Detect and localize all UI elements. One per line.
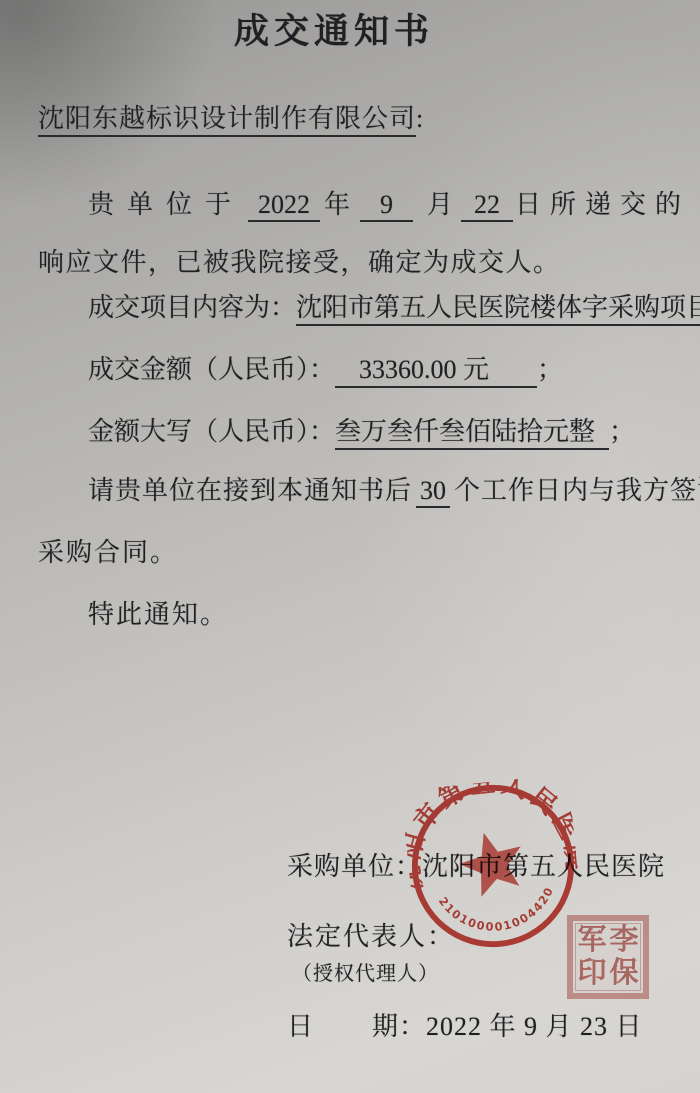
date-char: 日 [287,1012,314,1041]
amount-words-line: 金额大写（人民币）：叁万叁仟叁佰陆拾元整； [88,416,635,450]
amount-words-tail: ； [609,417,635,446]
seal-inner-frame: 军 李 印 保 [575,923,641,991]
amount-words-label: 金额大写（人民币）： [88,417,335,446]
notice-suffix: 个工作日内与我方签订 [454,476,700,505]
notice-days: 30 [416,476,450,508]
seal-char: 印 [576,957,608,990]
contract-notice-line: 请贵单位在接到本通知书后30个工作日内与我方签订 [88,475,700,508]
project-label: 成交项目内容为： [88,293,296,322]
amount-value: 33360.00 元 [335,355,537,388]
date-line: 日期：2022 年 9 月 23 日 [287,1011,643,1044]
document-title: 成交通知书 [0,10,684,54]
submission-year: 2022 [248,190,320,222]
amount-line: 成交金额（人民币）：33360.00 元； [88,354,563,388]
submission-date-line: 贵单位于2022年9月22日所递交的 [88,189,690,222]
seal-char: 保 [608,957,640,990]
notice-prefix: 请贵单位在接到本通知书后 [88,476,412,505]
amount-label: 成交金额（人民币）： [88,355,335,384]
month-unit: 月 [427,190,453,219]
recipient-colon: : [416,104,423,133]
project-value: 沈阳市第五人民医院楼体字采购项目 [296,293,700,326]
closing-line: 特此通知。 [88,599,228,632]
recipient-name: 沈阳东越标识设计制作有限公司 [38,104,416,137]
submission-prefix: 贵单位于 [88,190,244,219]
personal-square-seal: 军 李 印 保 [567,915,649,999]
agent-note: （授权代理人） [292,962,439,987]
official-round-stamp: 沈阳市第五人民医院 210100001004420 [401,774,586,959]
recipient-line: 沈阳东越标识设计制作有限公司: [38,103,423,137]
acceptance-line: 响应文件，已被我院接受，确定为成交人。 [38,247,561,280]
contract-notice-line2: 采购合同。 [38,537,178,570]
date-char2: 期： [372,1012,426,1041]
seal-char: 军 [576,924,608,957]
submission-month: 9 [360,190,413,222]
star-icon [456,829,525,899]
purchaser-label: 采购单位： [287,852,422,881]
submission-suffix: 日所递交的 [515,190,690,219]
date-value: 2022 年 9 月 23 日 [426,1012,643,1041]
document-page: 成交通知书 沈阳东越标识设计制作有限公司: 贵单位于2022年9月22日所递交的… [0,0,700,1093]
submission-day: 22 [461,190,513,222]
amount-words-value: 叁万叁仟叁佰陆拾元整 [335,417,609,450]
project-line: 成交项目内容为：沈阳市第五人民医院楼体字采购项目； [88,292,700,326]
seal-char: 李 [608,924,640,957]
year-unit: 年 [324,190,350,219]
amount-tail: ； [537,355,563,384]
